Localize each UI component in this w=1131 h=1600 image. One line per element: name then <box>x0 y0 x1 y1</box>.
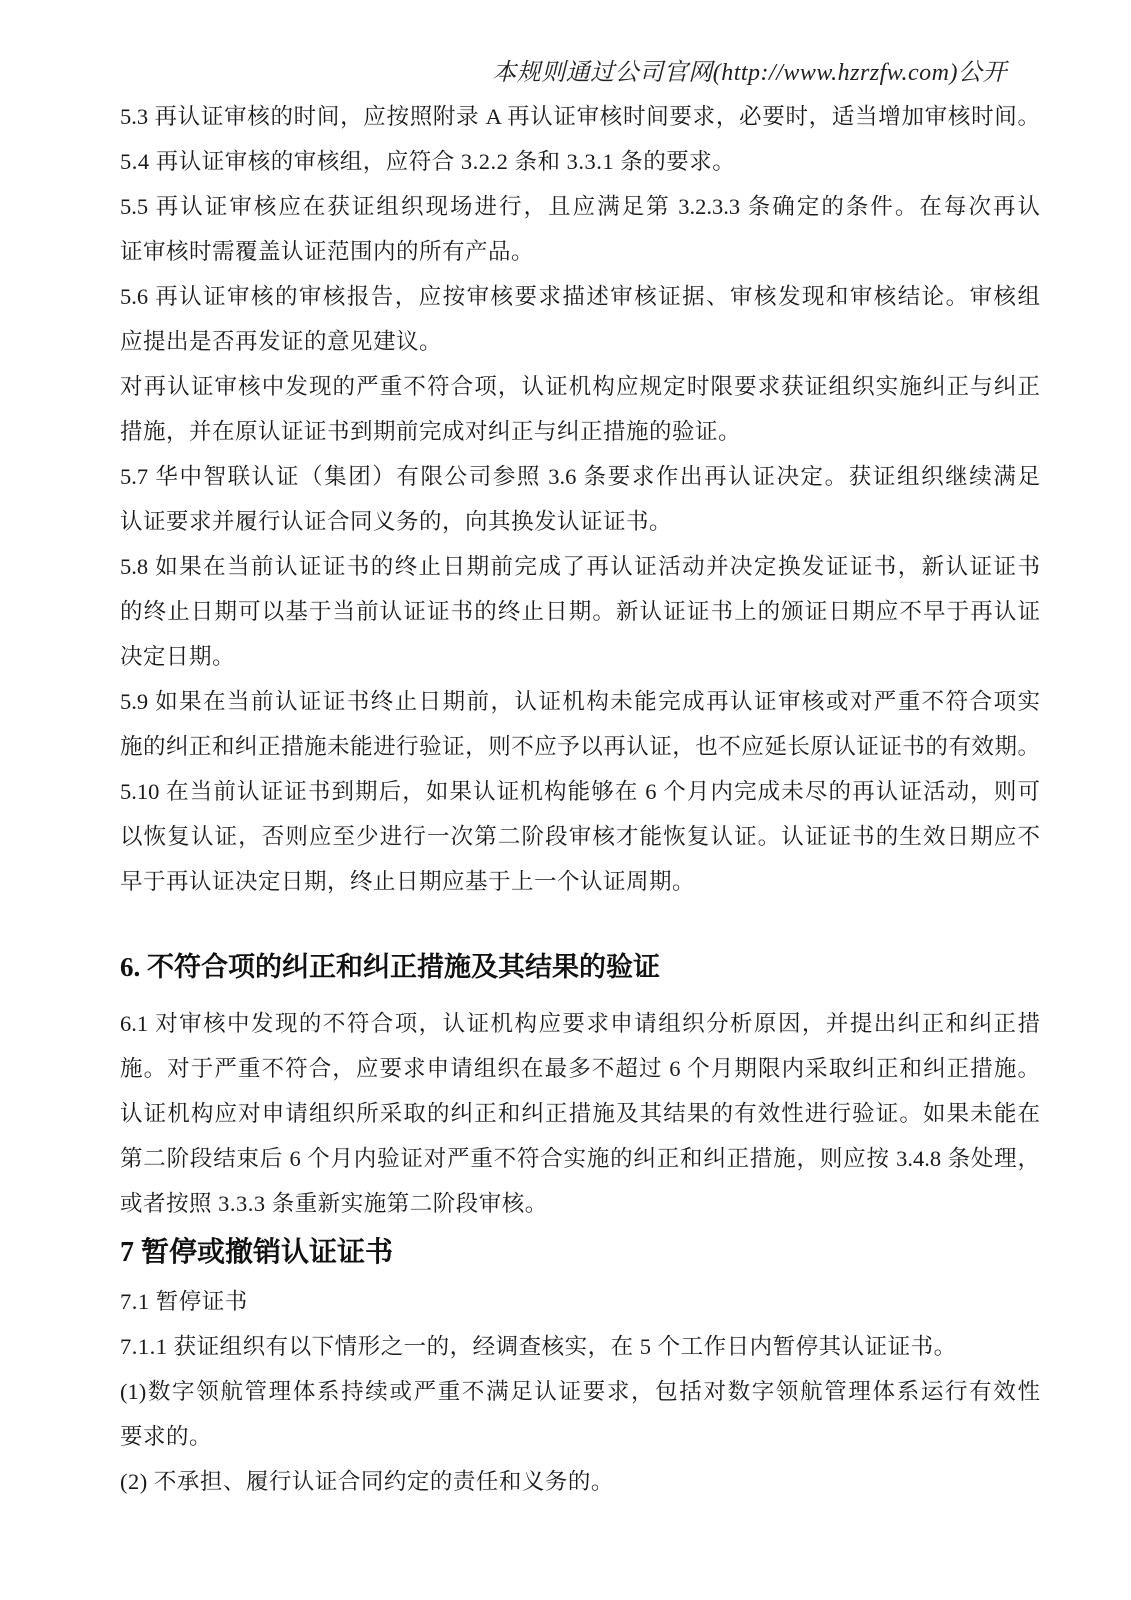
document-line: 要求的。 <box>120 1414 1040 1459</box>
document-line: 5.7 华中智联认证（集团）有限公司参照 3.6 条要求作出再认证决定。获证组织… <box>120 454 1040 499</box>
document-line: 5.9 如果在当前认证证书终止日期前，认证机构未能完成再认证审核或对严重不符合项… <box>120 679 1040 724</box>
document-line: 5.4 再认证审核的审核组，应符合 3.2.2 条和 3.3.1 条的要求。 <box>120 139 1040 184</box>
document-line: 认证机构应对申请组织所采取的纠正和纠正措施及其结果的有效性进行验证。如果未能在 <box>120 1091 1040 1136</box>
document-line: 施的纠正和纠正措施未能进行验证，则不应予以再认证，也不应延长原认证证书的有效期。 <box>120 724 1040 769</box>
document-line: 5.3 再认证审核的时间，应按照附录 A 再认证审核时间要求，必要时，适当增加审… <box>120 94 1040 139</box>
section-6-lines: 6.1 对审核中发现的不符合项，认证机构应要求申请组织分析原因，并提出纠正和纠正… <box>120 1001 1040 1226</box>
section-5-lines: 5.3 再认证审核的时间，应按照附录 A 再认证审核时间要求，必要时，适当增加审… <box>120 94 1040 904</box>
document-line: 措施，并在原认证证书到期前完成对纠正与纠正措施的验证。 <box>120 409 1040 454</box>
document-line: 对再认证审核中发现的严重不符合项，认证机构应规定时限要求获证组织实施纠正与纠正 <box>120 364 1040 409</box>
section-7-heading: 7 暂停或撤销认证证书 <box>120 1232 1040 1274</box>
document-line: 6.1 对审核中发现的不符合项，认证机构应要求申请组织分析原因，并提出纠正和纠正… <box>120 1001 1040 1046</box>
document-line: 5.5 再认证审核应在获证组织现场进行，且应满足第 3.2.3.3 条确定的条件… <box>120 184 1040 229</box>
section-5: 5.3 再认证审核的时间，应按照附录 A 再认证审核时间要求，必要时，适当增加审… <box>120 94 1040 904</box>
section-6: 6.1 对审核中发现的不符合项，认证机构应要求申请组织分析原因，并提出纠正和纠正… <box>120 1001 1040 1226</box>
document-line: (1)数字领航管理体系持续或严重不满足认证要求，包括对数字领航管理体系运行有效性 <box>120 1369 1040 1414</box>
document-line: 施。对于严重不符合，应要求申请组织在最多不超过 6 个月期限内采取纠正和纠正措施… <box>120 1046 1040 1091</box>
header-note: 本规则通过公司官网(http://www.hzrzfw.com)公开 <box>492 58 1007 88</box>
document-line: 5.8 如果在当前认证证书的终止日期前完成了再认证活动并决定换发证证书，新认证证… <box>120 544 1040 589</box>
document-line: 应提出是否再发证的意见建议。 <box>120 319 1040 364</box>
document-line: 5.6 再认证审核的审核报告，应按审核要求描述审核证据、审核发现和审核结论。审核… <box>120 274 1040 319</box>
document-line: 证审核时需覆盖认证范围内的所有产品。 <box>120 229 1040 274</box>
document-line: 5.10 在当前认证证书到期后，如果认证机构能够在 6 个月内完成未尽的再认证活… <box>120 769 1040 814</box>
document-line: 以恢复认证，否则应至少进行一次第二阶段审核才能恢复认证。认证证书的生效日期应不 <box>120 814 1040 859</box>
document-line: 第二阶段结束后 6 个月内验证对严重不符合实施的纠正和纠正措施，则应按 3.4.… <box>120 1136 1040 1181</box>
document-line: 认证要求并履行认证合同义务的，向其换发认证证书。 <box>120 499 1040 544</box>
document-content: 5.3 再认证审核的时间，应按照附录 A 再认证审核时间要求，必要时，适当增加审… <box>120 94 1040 1504</box>
document-page: 本规则通过公司官网(http://www.hzrzfw.com)公开 5.3 再… <box>0 0 1131 1600</box>
document-line: (2) 不承担、履行认证合同约定的责任和义务的。 <box>120 1459 1040 1504</box>
section-7-lines: 7.1 暂停证书7.1.1 获证组织有以下情形之一的，经调查核实，在 5 个工作… <box>120 1279 1040 1504</box>
document-line: 早于再认证决定日期，终止日期应基于上一个认证周期。 <box>120 859 1040 904</box>
document-line: 或者按照 3.3.3 条重新实施第二阶段审核。 <box>120 1181 1040 1226</box>
section-6-heading: 6. 不符合项的纠正和纠正措施及其结果的验证 <box>120 946 1040 988</box>
document-line: 的终止日期可以基于当前认证证书的终止日期。新认证证书上的颁证日期应不早于再认证 <box>120 589 1040 634</box>
document-line: 7.1 暂停证书 <box>120 1279 1040 1324</box>
section-7: 7.1 暂停证书7.1.1 获证组织有以下情形之一的，经调查核实，在 5 个工作… <box>120 1279 1040 1504</box>
document-line: 决定日期。 <box>120 634 1040 679</box>
document-line: 7.1.1 获证组织有以下情形之一的，经调查核实，在 5 个工作日内暂停其认证证… <box>120 1324 1040 1369</box>
